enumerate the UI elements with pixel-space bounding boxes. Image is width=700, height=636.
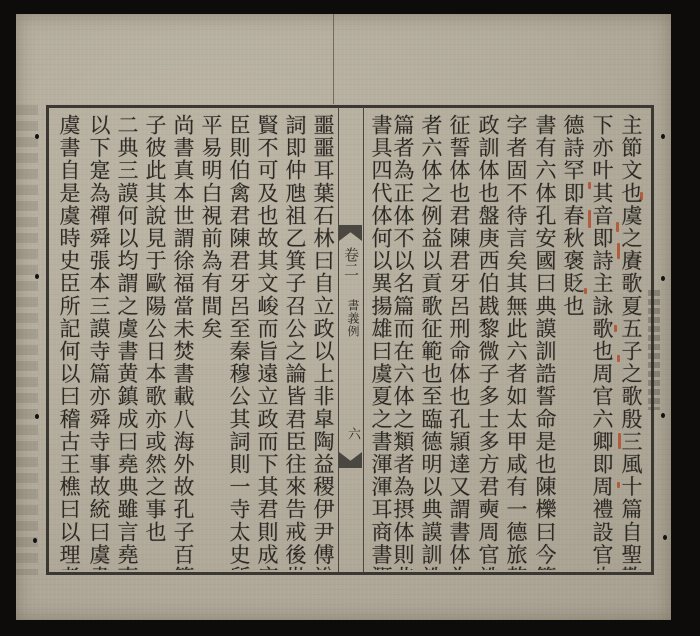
red-punctuation-mark	[617, 355, 620, 362]
fishtail-bottom-icon	[339, 452, 362, 468]
right-column-7: 征誓体也君陳君牙呂刑命体也孔頴達又謂書体為例有十	[446, 114, 472, 570]
right-column-1: 主節文也虞之賡歌夏五子之歌殷三風十篇自聖歎洋洋而	[618, 114, 644, 570]
binding-hole	[35, 274, 39, 279]
banxin-title: 書義例	[339, 299, 362, 338]
binding-hole	[35, 134, 39, 139]
right-column-2: 下亦叶其音即詩主詠歌也周官六卿即周禮設官也皐陶命	[589, 114, 615, 570]
margin-show-through	[648, 290, 660, 410]
left-edge-show-through	[16, 105, 38, 575]
fishtail-top-icon	[339, 225, 362, 241]
red-punctuation-mark	[588, 210, 591, 228]
left-column-5: 平易明白視前為有間矣	[198, 114, 224, 570]
red-punctuation-mark	[616, 222, 619, 232]
binding-hole	[661, 413, 665, 418]
banxin-page-number: 六	[339, 427, 362, 440]
right-column-4: 書有六体孔安國曰典謨訓誥誓命是也陳櫟曰今篇名元有六	[532, 114, 558, 570]
right-column-8: 者六体之例益以貢歌征範也至臨德明以典謨訓誥誓命名	[418, 114, 444, 570]
binding-hole	[663, 535, 667, 540]
left-column-7: 子彼此其說見于歐陽公日本歌亦或然之事也	[142, 114, 168, 570]
center-fold-line	[333, 14, 334, 104]
left-column-4: 臣則伯禽君陳君牙呂至秦穆公其詞則一寺太史所為也故	[226, 114, 252, 570]
red-punctuation-mark	[584, 288, 587, 294]
binding-hole	[35, 414, 39, 419]
banxin-center-strip: 卷二 書義例 六	[338, 107, 364, 572]
red-punctuation-mark	[617, 243, 620, 259]
left-column-3: 賢不可及也故其文峻而旨遠立政而下其君則成康穆平其	[254, 114, 280, 570]
red-punctuation-mark	[617, 482, 620, 488]
left-column-1: 噩噩耳葉石林曰自立政以上非皐陶益稷伊尹傅說周公之	[310, 114, 336, 570]
red-punctuation-mark	[618, 433, 621, 449]
left-column-9: 以下寔為禪舜張本三謨寺篇亦舜寺事故統曰虞書也	[86, 114, 112, 570]
banxin-volume: 卷二	[339, 247, 362, 277]
red-punctuation-mark	[588, 182, 591, 189]
left-column-8: 二典三謨何以均謂之虞書黄鎮成曰堯典雖言堯事而自疇咨	[114, 114, 140, 570]
left-column-10: 虞書自是虞時史臣所記何以曰稽古王樵曰以理考之紀載以	[56, 114, 82, 570]
left-column-6: 尚書真本世謂徐福當未焚書載八海外故孔子百篇之書流傳	[170, 114, 196, 570]
binding-hole	[661, 276, 665, 281]
red-punctuation-mark	[614, 325, 617, 332]
binding-hole	[33, 538, 37, 543]
right-column-3: 德詩罕即春秋褒貶也	[560, 114, 586, 570]
right-column-6: 政訓体也盤庚西伯戡黎微子多士多方君奭周官誥体也兄	[475, 114, 501, 570]
binding-hole	[661, 134, 665, 139]
left-column-2: 詞即仲虺祖乙箕子召公之論皆君臣往來告戒後世以為聖	[282, 114, 308, 570]
red-punctuation-mark	[640, 192, 643, 200]
right-column-5: 字者固不待言矣其無此六者如太甲咸有一德旅獒無逸立	[503, 114, 529, 570]
right-column-10: 書具四代体何以異揚雄曰虞夏之書渾渾耳商書灝灝耳周書	[368, 114, 394, 570]
